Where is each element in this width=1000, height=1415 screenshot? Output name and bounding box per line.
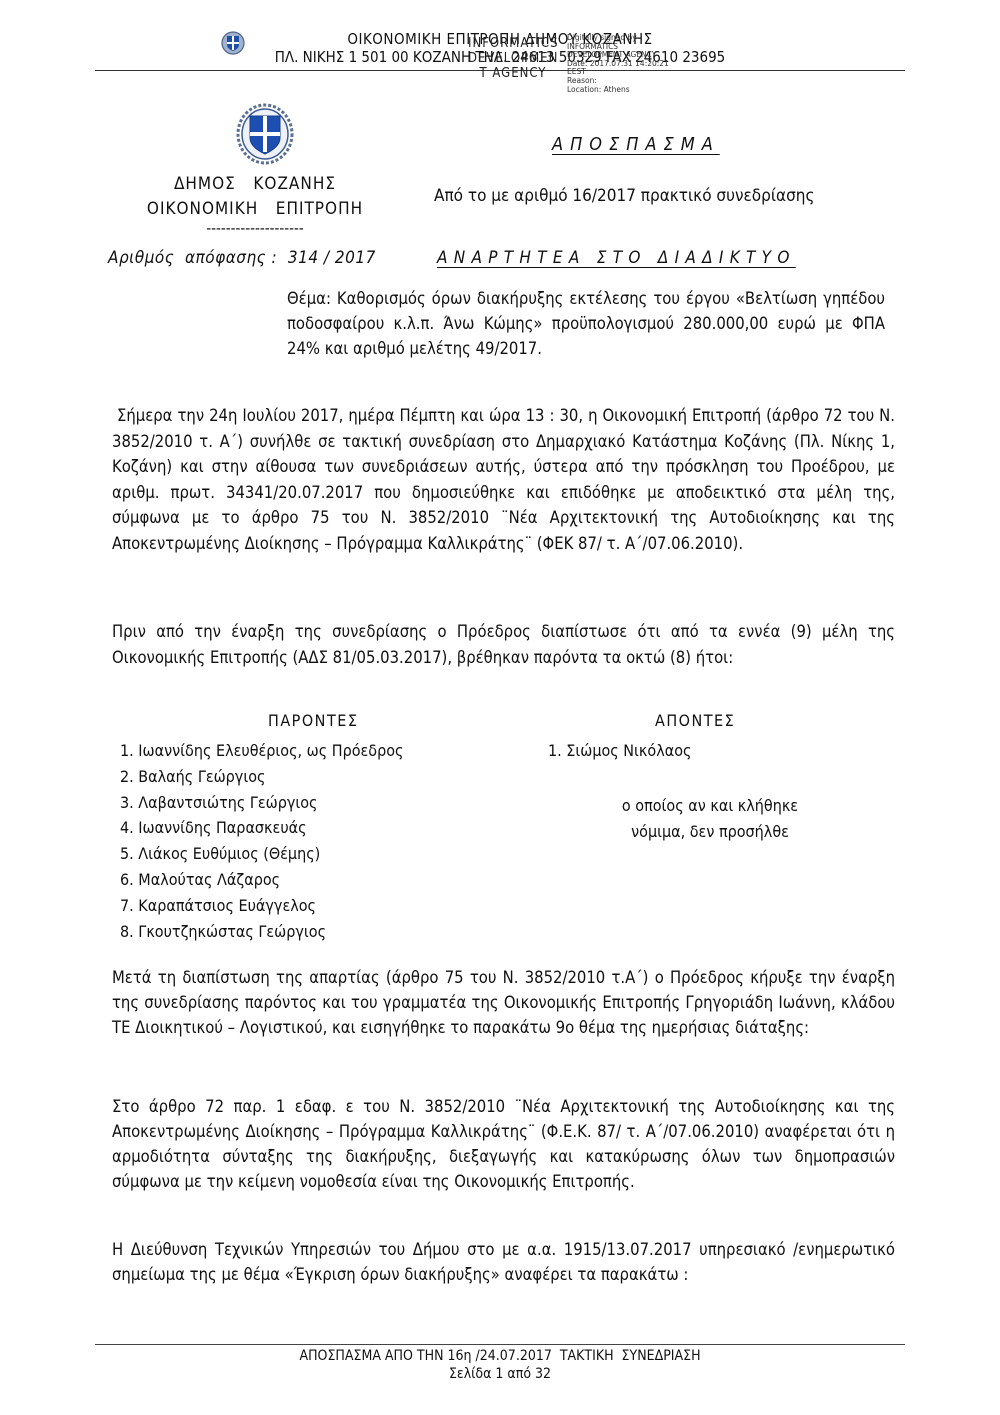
org-separator: -------------------- (135, 219, 375, 237)
publish-online-notice: ΑΝΑΡΤΗΤΕΑ ΣΤΟ ΔΙΑΔΙΚΤΥΟ (437, 248, 796, 268)
list-item: 6. Μαλούτας Λάζαρος (120, 867, 404, 893)
footer-title: ΑΠΟΣΠΑΣΜΑ ΑΠΟ ΤΗΝ 16η /24.07.2017 ΤΑΚΤΙΚ… (250, 1348, 750, 1364)
list-item: 1. Ιωαννίδης Ελευθέριος, ως Πρόεδρος (120, 738, 404, 764)
list-item: 4. Ιωαννίδης Παρασκευάς (120, 815, 404, 841)
absent-members-list: 1. Σιώμος Νικόλαος (548, 738, 691, 764)
document-type-title: ΑΠΟΣΠΑΣΜΑ (552, 134, 720, 155)
list-item: 8. Γκουτζηκώστας Γεώργιος (120, 919, 404, 945)
absent-note-line: ο οποίος αν και κλήθηκε (560, 793, 860, 819)
list-item: 5. Λιάκος Ευθύμιος (Θέμης) (120, 841, 404, 867)
list-item: 3. Λαβαντσιώτης Γεώργιος (120, 790, 404, 816)
quorum-paragraph: Πριν από την έναρξη της συνεδρίασης ο Πρ… (112, 619, 895, 670)
technical-services-paragraph: Η Διεύθυνση Τεχνικών Υπηρεσιών του Δήμου… (112, 1237, 895, 1287)
present-heading: ΠΑΡΟΝΤΕΣ (268, 711, 358, 730)
list-item: 1. Σιώμος Νικόλαος (548, 738, 691, 764)
page-number: Σελίδα 1 από 32 (250, 1366, 750, 1382)
absent-heading: ΑΠΟΝΤΕΣ (655, 711, 735, 730)
present-members-list: 1. Ιωαννίδης Ελευθέριος, ως Πρόεδρος 2. … (120, 738, 404, 944)
org-line-municipality: ΔΗΜΟΣ ΚΟΖΑΝΗΣ (120, 172, 390, 197)
meeting-intro-paragraph: Σήμερα την 24η Ιουλίου 2017, ημέρα Πέμπτ… (112, 403, 895, 556)
subject-paragraph: Θέμα: Καθορισμός όρων διακήρυξης εκτέλεσ… (287, 286, 885, 361)
signature-detail: Location: Athens (567, 86, 669, 95)
legal-basis-paragraph: Στο άρθρο 72 παρ. 1 εδαφ. ε του Ν. 3852/… (112, 1094, 895, 1194)
footer-divider (95, 1344, 905, 1345)
digital-signature-details[interactable]: Digitally signed by INFORMATICS DEVELOPM… (567, 34, 669, 94)
list-item: 2. Βαλαής Γεώργιος (120, 764, 404, 790)
absent-note-line: νόμιμα, δεν προσήλθε (560, 819, 860, 845)
agenda-paragraph: Μετά τη διαπίστωση της απαρτίας (άρθρο 7… (112, 965, 895, 1040)
absent-note: ο οποίος αν και κλήθηκε νόμιμα, δεν προσ… (560, 793, 860, 845)
signature-name-line: T AGENCY (468, 66, 558, 81)
signature-name-line: INFORMATICS (468, 36, 558, 51)
decision-number: Αριθμός απόφασης : 314 / 2017 (108, 248, 376, 268)
organization-name: ΔΗΜΟΣ ΚΟΖΑΝΗΣ ΟΙΚΟΝΟΜΙΚΗ ΕΠΙΤΡΟΠΗ (120, 172, 390, 222)
signature-name-line: DEVELOPMEN (468, 51, 558, 66)
minutes-reference: Από το με αριθμό 16/2017 πρακτικό συνεδρ… (434, 186, 814, 206)
greek-coat-of-arms-icon (236, 103, 294, 165)
list-item: 7. Καραπάτσιος Ευάγγελος (120, 893, 404, 919)
digital-signature-name[interactable]: INFORMATICS DEVELOPMEN T AGENCY (468, 36, 558, 81)
